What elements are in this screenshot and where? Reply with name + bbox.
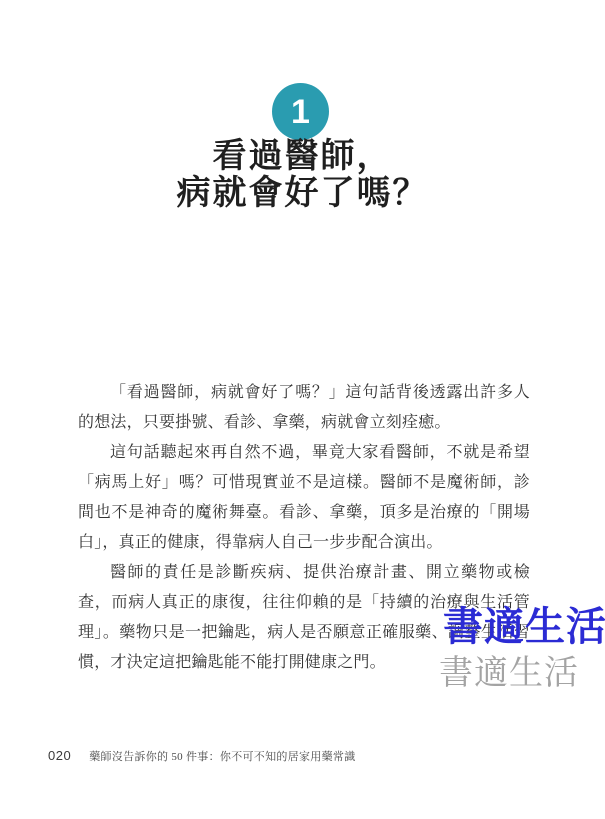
paragraph-1: 「看過醫師，病就會好了嗎？」這句話背後透露出許多人的想法，只要掛號、看診、拿藥，…	[78, 378, 530, 438]
watermark-gray: 書適生活	[439, 657, 579, 691]
paragraph-2: 這句話聽起來再自然不過，畢竟大家看醫師，不就是希望「病馬上好」嗎？可惜現實並不是…	[78, 438, 530, 558]
watermark-blue: 書適生活	[443, 607, 605, 647]
chapter-title-line2: 病就會好了嗎？	[0, 175, 605, 212]
page-footer: 020 藥師沒告訴你的 50 件事：你不可不知的居家用藥常識	[48, 748, 568, 764]
chapter-number: 1	[291, 95, 310, 129]
chapter-number-badge: 1	[272, 83, 329, 140]
page-number: 020	[48, 748, 71, 763]
chapter-title-line1: 看過醫師，	[0, 138, 605, 175]
chapter-title: 看過醫師， 病就會好了嗎？	[0, 138, 605, 212]
footer-book-title: 藥師沒告訴你的 50 件事：你不可不知的居家用藥常識	[89, 748, 355, 764]
book-page: 1 看過醫師， 病就會好了嗎？ 「看過醫師，病就會好了嗎？」這句話背後透露出許多…	[0, 0, 605, 819]
